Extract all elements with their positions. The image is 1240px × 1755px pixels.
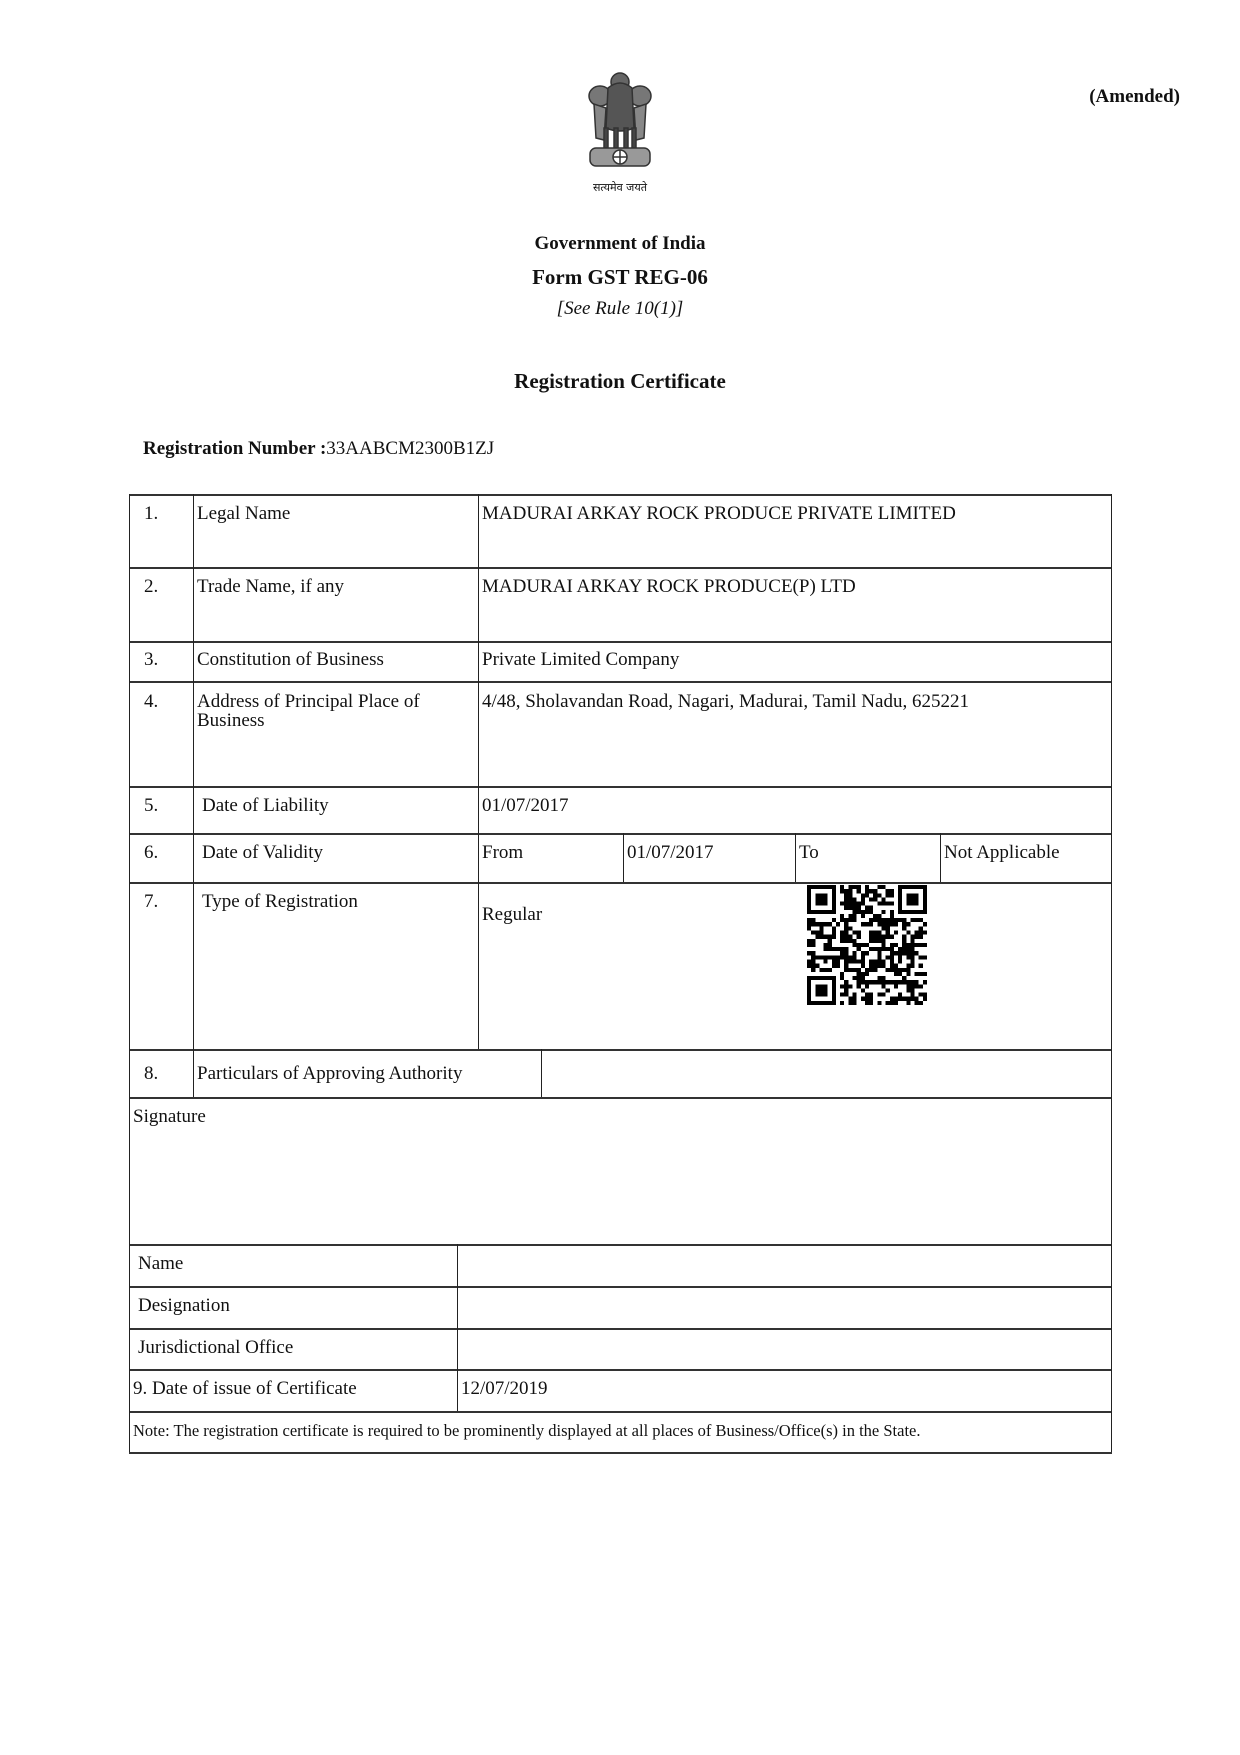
constitution-label: Constitution of Business [197, 650, 384, 670]
date-of-liability-label: Date of Liability [202, 796, 329, 816]
approving-authority-label: Particulars of Approving Authority [197, 1064, 462, 1084]
row-1-number: 1. [144, 504, 158, 524]
rule-reference: [See Rule 10(1)] [0, 298, 1240, 320]
legal-name-value: MADURAI ARKAY ROCK PRODUCE PRIVATE LIMIT… [482, 504, 956, 524]
type-of-registration-value: Regular [482, 905, 542, 925]
validity-from-label: From [482, 843, 523, 863]
qr-code-icon [807, 885, 927, 1005]
legal-name-label: Legal Name [197, 504, 290, 524]
signature-label: Signature [133, 1107, 206, 1127]
trade-name-label: Trade Name, if any [197, 577, 344, 597]
amended-label: (Amended) [1000, 86, 1180, 108]
constitution-value: Private Limited Company [482, 650, 679, 670]
issue-date-value: 12/07/2019 [461, 1379, 548, 1399]
issue-date-label: 9. Date of issue of Certificate [133, 1379, 357, 1399]
validity-to-label: To [799, 843, 819, 863]
validity-from-value: 01/07/2017 [627, 843, 714, 863]
trade-name-value: MADURAI ARKAY ROCK PRODUCE(P) LTD [482, 577, 856, 597]
row-4-number: 4. [144, 692, 158, 712]
registration-number-value: 33AABCM2300B1ZJ [326, 438, 494, 459]
emblem-motto: सत्यमेव जयते [560, 180, 680, 195]
row-6-number: 6. [144, 843, 158, 863]
jurisdictional-office-label: Jurisdictional Office [138, 1338, 293, 1358]
date-of-liability-value: 01/07/2017 [482, 796, 569, 816]
certificate-title: Registration Certificate [0, 369, 1240, 394]
address-label: Address of Principal Place of Business [197, 692, 472, 730]
form-title: Form GST REG-06 [0, 265, 1240, 290]
row-5-number: 5. [144, 796, 158, 816]
registration-number: Registration Number :33AABCM2300B1ZJ [143, 438, 494, 460]
row-7-number: 7. [144, 892, 158, 912]
validity-to-value: Not Applicable [944, 843, 1060, 863]
government-heading: Government of India [0, 233, 1240, 255]
display-note: Note: The registration certificate is re… [133, 1421, 921, 1441]
type-of-registration-label: Type of Registration [202, 892, 358, 912]
registration-number-label: Registration Number : [143, 438, 326, 459]
address-value: 4/48, Sholavandan Road, Nagari, Madurai,… [482, 692, 969, 712]
national-emblem-icon [580, 68, 660, 198]
row-2-number: 2. [144, 577, 158, 597]
designation-label: Designation [138, 1296, 230, 1316]
date-of-validity-label: Date of Validity [202, 843, 323, 863]
row-3-number: 3. [144, 650, 158, 670]
name-label: Name [138, 1254, 183, 1274]
row-8-number: 8. [144, 1064, 158, 1084]
